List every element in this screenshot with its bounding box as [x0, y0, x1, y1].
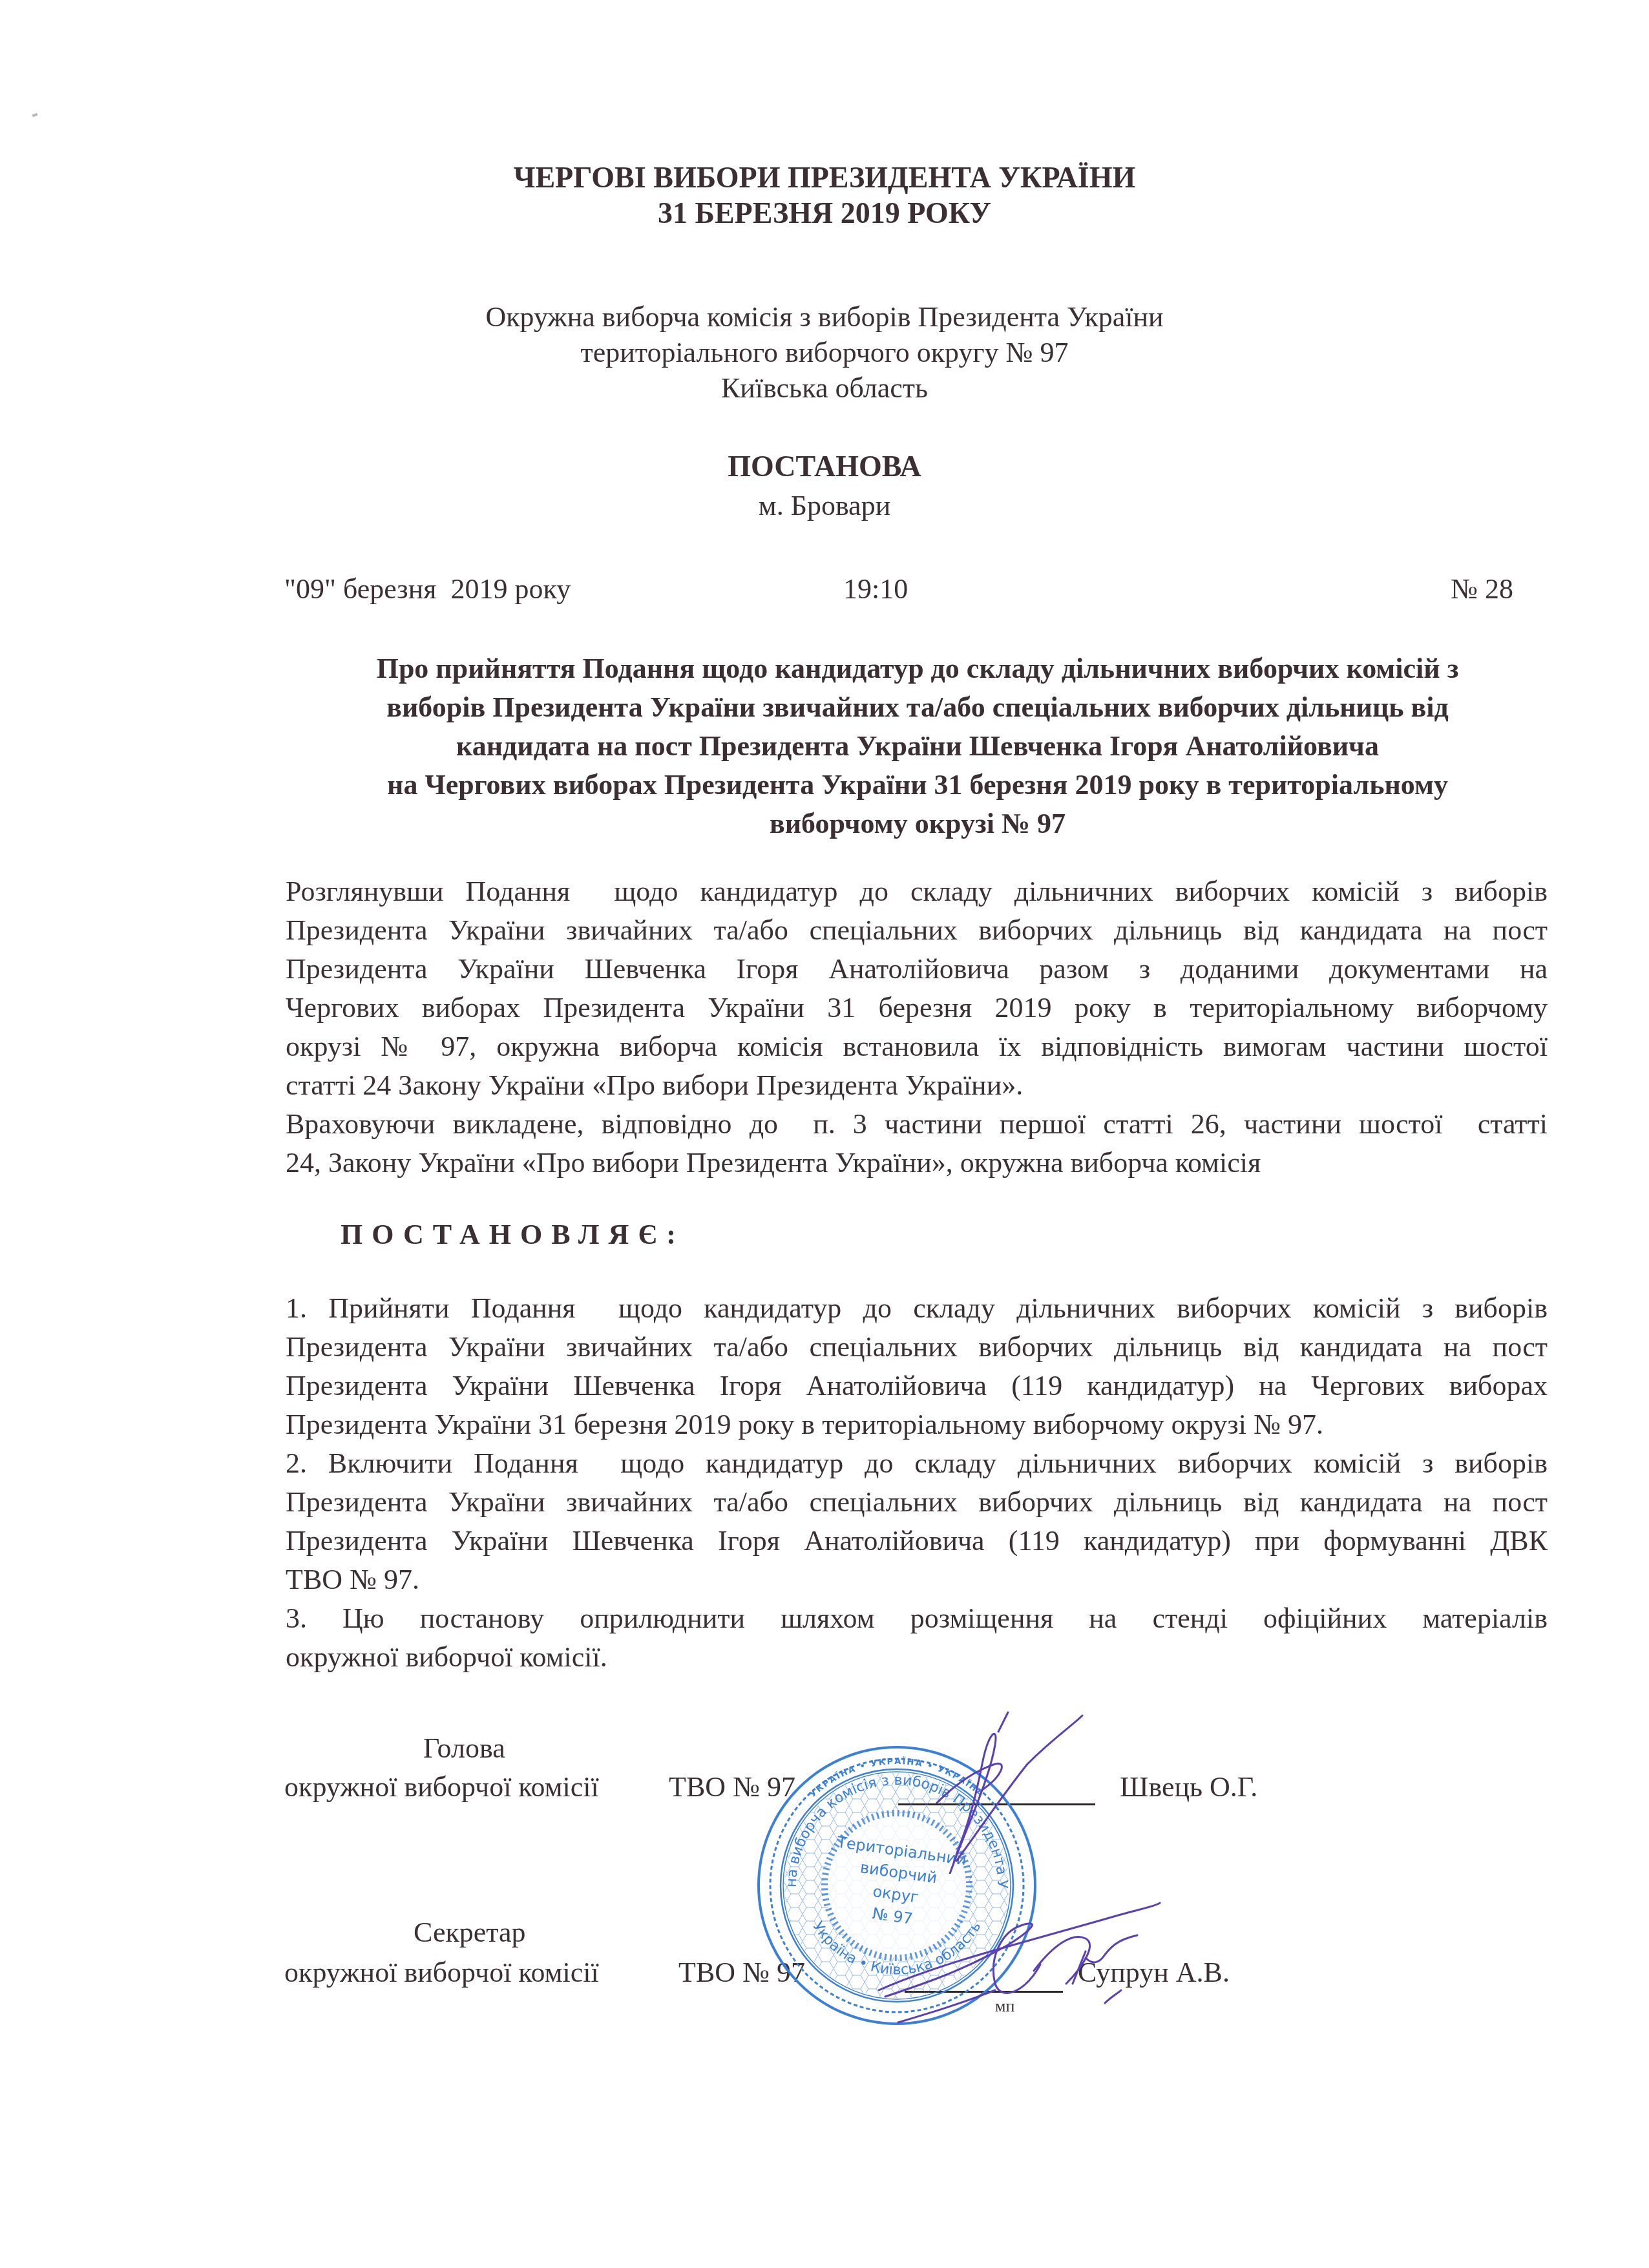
scan-artifact — [32, 113, 38, 117]
resolutions: 1. Прийняти Подання щодо кандидатур до с… — [286, 1289, 1548, 1677]
document-city: м. Бровари — [0, 489, 1649, 522]
secretary-name: Супрун А.В. — [1078, 1956, 1230, 1989]
resolution-line: 3. Цю постанову оприлюднити шляхом розмі… — [286, 1599, 1548, 1638]
election-title: ЧЕРГОВІ ВИБОРИ ПРЕЗИДЕНТА УКРАЇНИ — [0, 160, 1649, 194]
preamble-line: окрузі № 97, окружна виборча комісія вст… — [286, 1027, 1548, 1066]
commission-name: Окружна виборча комісія з виборів Презид… — [0, 300, 1649, 333]
document-type: ПОСТАНОВА — [0, 449, 1649, 483]
preamble-line: статті 24 Закону України «Про вибори Пре… — [286, 1066, 1548, 1105]
secretary-role: Секретар — [414, 1916, 526, 1949]
official-stamp-icon: УКРАЇНА • УКРАЇНА • УКРАЇНА Окружна вибо… — [756, 1745, 1038, 2026]
resolution-line: Президента України звичайних та/або спец… — [286, 1328, 1548, 1367]
district-name: територіального виборчого округу № 97 — [0, 336, 1649, 369]
resolves-label: ПОСТАНОВЛЯЄ: — [341, 1218, 685, 1251]
chair-commission: окружної виборчої комісії — [284, 1770, 599, 1803]
subject-line: виборчому окрузі № 97 — [284, 804, 1551, 843]
resolution-line: 1. Прийняти Подання щодо кандидатур до с… — [286, 1289, 1548, 1328]
election-date-title: 31 БЕРЕЗНЯ 2019 РОКУ — [0, 196, 1649, 230]
subject-line: Про прийняття Подання щодо кандидатур до… — [284, 649, 1551, 688]
resolution-line: 2. Включити Подання щодо кандидатур до с… — [286, 1444, 1548, 1483]
subject-line: виборів Президента України звичайних та/… — [284, 688, 1551, 727]
region-name: Київська область — [0, 372, 1649, 404]
resolution-line: Президента України Шевченка Ігоря Анатол… — [286, 1367, 1548, 1405]
preamble-line: 24, Закону України «Про вибори Президент… — [286, 1144, 1548, 1182]
preamble: Розглянувши Подання щодо кандидатур до с… — [286, 872, 1548, 1182]
document-time: 19:10 — [843, 572, 908, 605]
preamble-line: Президента України Шевченка Ігоря Анатол… — [286, 950, 1548, 989]
resolution-line: Президента України 31 березня 2019 року … — [286, 1405, 1548, 1444]
preamble-line: Враховуючи викладене, відповідно до п. 3… — [286, 1105, 1548, 1144]
secretary-commission: окружної виборчої комісії — [284, 1956, 599, 1989]
preamble-line: Розглянувши Подання щодо кандидатур до с… — [286, 872, 1548, 911]
subject-line: на Чергових виборах Президента України 3… — [284, 766, 1551, 804]
subject-line: кандидата на пост Президента України Шев… — [284, 727, 1551, 766]
document-subject: Про прийняття Подання щодо кандидатур до… — [284, 649, 1551, 843]
preamble-line: Президента України звичайних та/або спец… — [286, 911, 1548, 950]
document-date: "09" березня 2019 року — [284, 572, 571, 605]
resolution-line: ТВО № 97. — [286, 1560, 1548, 1599]
document-number: № 28 — [1451, 572, 1513, 605]
preamble-line: Чергових виборах Президента України 31 б… — [286, 989, 1548, 1027]
resolution-line: Президента України звичайних та/або спец… — [286, 1483, 1548, 1522]
chair-role: Голова — [423, 1732, 505, 1765]
chair-name: Швець О.Г. — [1120, 1770, 1257, 1803]
resolution-line: окружної виборчої комісії. — [286, 1638, 1548, 1677]
resolution-line: Президента України Шевченка Ігоря Анатол… — [286, 1522, 1548, 1560]
